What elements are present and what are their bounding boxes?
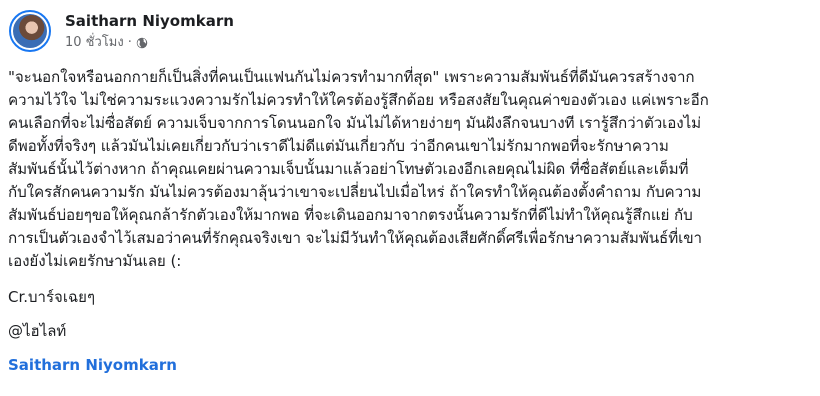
post-subline: 10 ชั่วโมง · <box>65 34 234 52</box>
post-text-line: สัมพันธ์บ่อยๆขอให้คุณกล้ารักตัวเองให้มาก… <box>8 204 814 227</box>
avatar-image <box>13 14 47 48</box>
post-text-line: กับใครสักคนความรัก มันไม่ควรต้องมาลุ้นว่… <box>8 181 814 204</box>
author-name[interactable]: Saitharn Niyomkarn <box>65 11 234 31</box>
credit-text: Cr.บาร์จเฉยๆ <box>8 287 814 307</box>
hashtag-text: @ไฮไลท์ <box>8 321 814 341</box>
mention-link[interactable]: Saitharn Niyomkarn <box>8 355 177 375</box>
separator: · <box>128 34 132 52</box>
post-text-line: ดีพอทั้งที่จริงๆ แล้วมันไม่เคยเกี่ยวกับว… <box>8 135 814 158</box>
post-text-line: คนเลือกที่จะไม่ซื่อสัตย์ ความเจ็บจากการโ… <box>8 112 814 135</box>
post-text-line: ความไว้ใจ ไม่ใช่ความระแวงความรักไม่ควรทำ… <box>8 89 814 112</box>
post-text-line: เองยังไม่เคยรักษามันเลย (: <box>8 250 814 273</box>
timestamp[interactable]: 10 ชั่วโมง <box>65 34 124 52</box>
avatar[interactable] <box>9 10 51 52</box>
post-text: "จะนอกใจหรือนอกกายก็เป็นสิ่งที่คนเป็นแฟน… <box>8 66 814 273</box>
post-body: "จะนอกใจหรือนอกกายก็เป็นสิ่งที่คนเป็นแฟน… <box>8 66 814 375</box>
post-header: Saitharn Niyomkarn 10 ชั่วโมง · <box>9 8 234 54</box>
globe-icon[interactable] <box>136 37 148 49</box>
post-text-line: สัมพันธ์นั้นไว้ต่างหาก ถ้าคุณเคยผ่านความ… <box>8 158 814 181</box>
post-text-line: "จะนอกใจหรือนอกกายก็เป็นสิ่งที่คนเป็นแฟน… <box>8 66 814 89</box>
post-text-line: การเป็นตัวเองจำไว้เสมอว่าคนที่รักคุณจริง… <box>8 227 814 250</box>
post-meta: Saitharn Niyomkarn 10 ชั่วโมง · <box>65 11 234 52</box>
